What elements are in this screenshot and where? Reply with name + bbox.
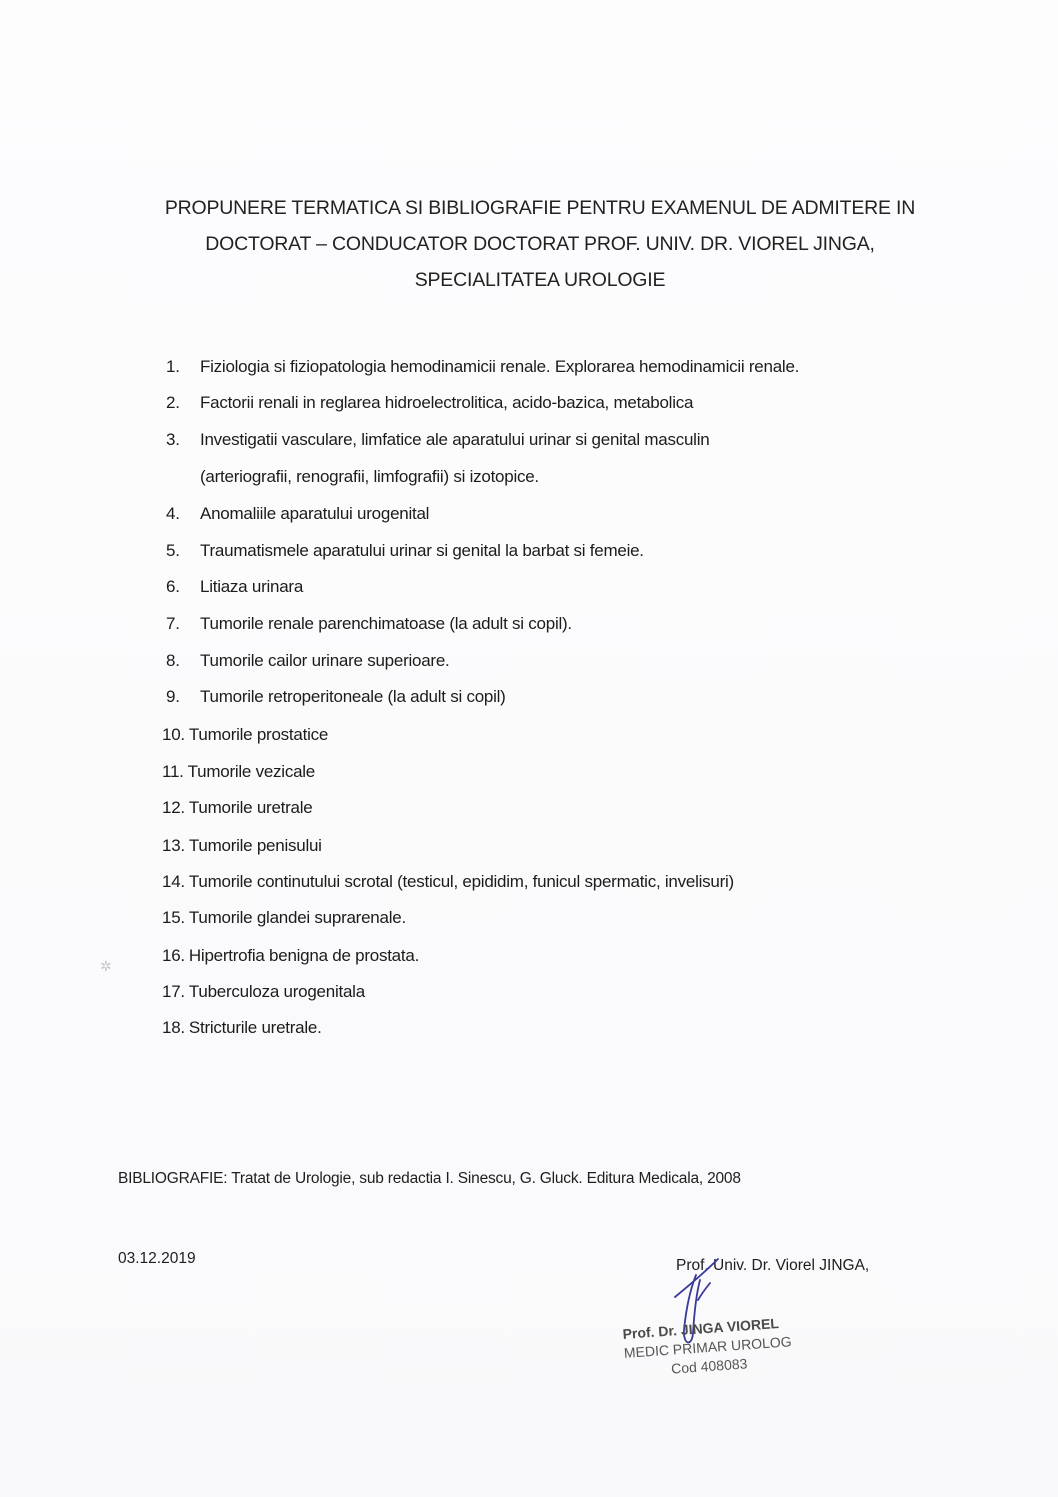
topic-text: Stricturile uretrale.	[189, 1018, 322, 1037]
topic-number: 14.	[162, 872, 185, 892]
topic-text: (arteriografii, renografii, limfografii)…	[200, 467, 539, 486]
topic-text: Tumorile cailor urinare superioare.	[200, 651, 450, 670]
topic-text: Tumorile retroperitoneale (la adult si c…	[200, 687, 506, 706]
topic-number: 16.	[162, 946, 185, 966]
topic-text: Tumorile prostatice	[189, 725, 328, 744]
topic-number: 6.	[166, 577, 200, 597]
topic-item: 8.Tumorile cailor urinare superioare.	[166, 651, 450, 671]
topic-item: 5.Traumatismele aparatului urinar si gen…	[166, 541, 644, 561]
title-line-2: DOCTORAT – CONDUCATOR DOCTORAT PROF. UNI…	[100, 226, 980, 262]
topic-item: 13.Tumorile penisului	[162, 836, 322, 856]
document-title: PROPUNERE TERMATICA SI BIBLIOGRAFIE PENT…	[100, 190, 980, 298]
topic-item-continuation: (arteriografii, renografii, limfografii)…	[166, 467, 539, 487]
title-line-1: PROPUNERE TERMATICA SI BIBLIOGRAFIE PENT…	[100, 190, 980, 226]
topic-number: 5.	[166, 541, 200, 561]
topic-text: Litiaza urinara	[200, 577, 303, 596]
topic-number: 8.	[166, 651, 200, 671]
scanned-page: PROPUNERE TERMATICA SI BIBLIOGRAFIE PENT…	[0, 0, 1058, 1497]
topic-text: Traumatismele aparatului urinar si genit…	[200, 541, 644, 560]
topic-text: Tumorile uretrale	[189, 798, 313, 817]
topic-text: Tumorile vezicale	[188, 762, 315, 781]
topic-item: 2.Factorii renali in reglarea hidroelect…	[166, 393, 693, 413]
topic-number: 18.	[162, 1018, 185, 1038]
bibliography: BIBLIOGRAFIE: Tratat de Urologie, sub re…	[118, 1170, 741, 1188]
topic-number: 7.	[166, 614, 200, 634]
topic-number: 3.	[166, 430, 200, 450]
topic-text: Investigatii vasculare, limfatice ale ap…	[200, 430, 709, 449]
scan-artifact: ✲	[100, 958, 112, 975]
topic-item: 7.Tumorile renale parenchimatoase (la ad…	[166, 614, 572, 634]
title-line-3: SPECIALITATEA UROLOGIE	[100, 262, 980, 298]
topic-item: 4.Anomaliile aparatului urogenital	[166, 504, 429, 524]
doctor-stamp: Prof. Dr. JINGA VIOREL MEDIC PRIMAR UROL…	[622, 1313, 794, 1382]
topic-number: 4.	[166, 504, 200, 524]
topic-number: 9.	[166, 687, 200, 707]
topic-number: 1.	[166, 357, 200, 377]
topic-text: Tumorile penisului	[189, 836, 322, 855]
topic-number: 10.	[162, 725, 185, 745]
topic-text: Tumorile renale parenchimatoase (la adul…	[200, 614, 572, 633]
topic-number: 11.	[162, 762, 184, 782]
document-date: 03.12.2019	[118, 1250, 196, 1268]
topic-item: 17.Tuberculoza urogenitala	[162, 982, 365, 1002]
topic-item: 6.Litiaza urinara	[166, 577, 303, 597]
topic-number: 13.	[162, 836, 185, 856]
topic-text: Anomaliile aparatului urogenital	[200, 504, 429, 523]
topic-text: Factorii renali in reglarea hidroelectro…	[200, 393, 693, 412]
topic-text: Tumorile continutului scrotal (testicul,…	[189, 872, 734, 891]
topic-text: Tuberculoza urogenitala	[189, 982, 365, 1001]
topic-item: 9.Tumorile retroperitoneale (la adult si…	[166, 687, 506, 707]
topic-item: 10.Tumorile prostatice	[162, 725, 328, 745]
topic-text: Tumorile glandei suprarenale.	[189, 908, 406, 927]
topic-item: 14.Tumorile continutului scrotal (testic…	[162, 872, 734, 892]
topic-item: 3.Investigatii vasculare, limfatice ale …	[166, 430, 709, 450]
topic-item: 1.Fiziologia si fiziopatologia hemodinam…	[166, 357, 799, 377]
topic-text: Fiziologia si fiziopatologia hemodinamic…	[200, 357, 799, 376]
topic-text: Hipertrofia benigna de prostata.	[189, 946, 419, 965]
topic-number: 15.	[162, 908, 185, 928]
topic-number: 2.	[166, 393, 200, 413]
topic-item: 12.Tumorile uretrale	[162, 798, 313, 818]
topic-item: 11.Tumorile vezicale	[162, 762, 315, 782]
topic-item: 18.Stricturile uretrale.	[162, 1018, 322, 1038]
topic-number: 17.	[162, 982, 185, 1002]
topic-item: 16.Hipertrofia benigna de prostata.	[162, 946, 419, 966]
topic-item: 15.Tumorile glandei suprarenale.	[162, 908, 406, 928]
topic-number: 12.	[162, 798, 185, 818]
